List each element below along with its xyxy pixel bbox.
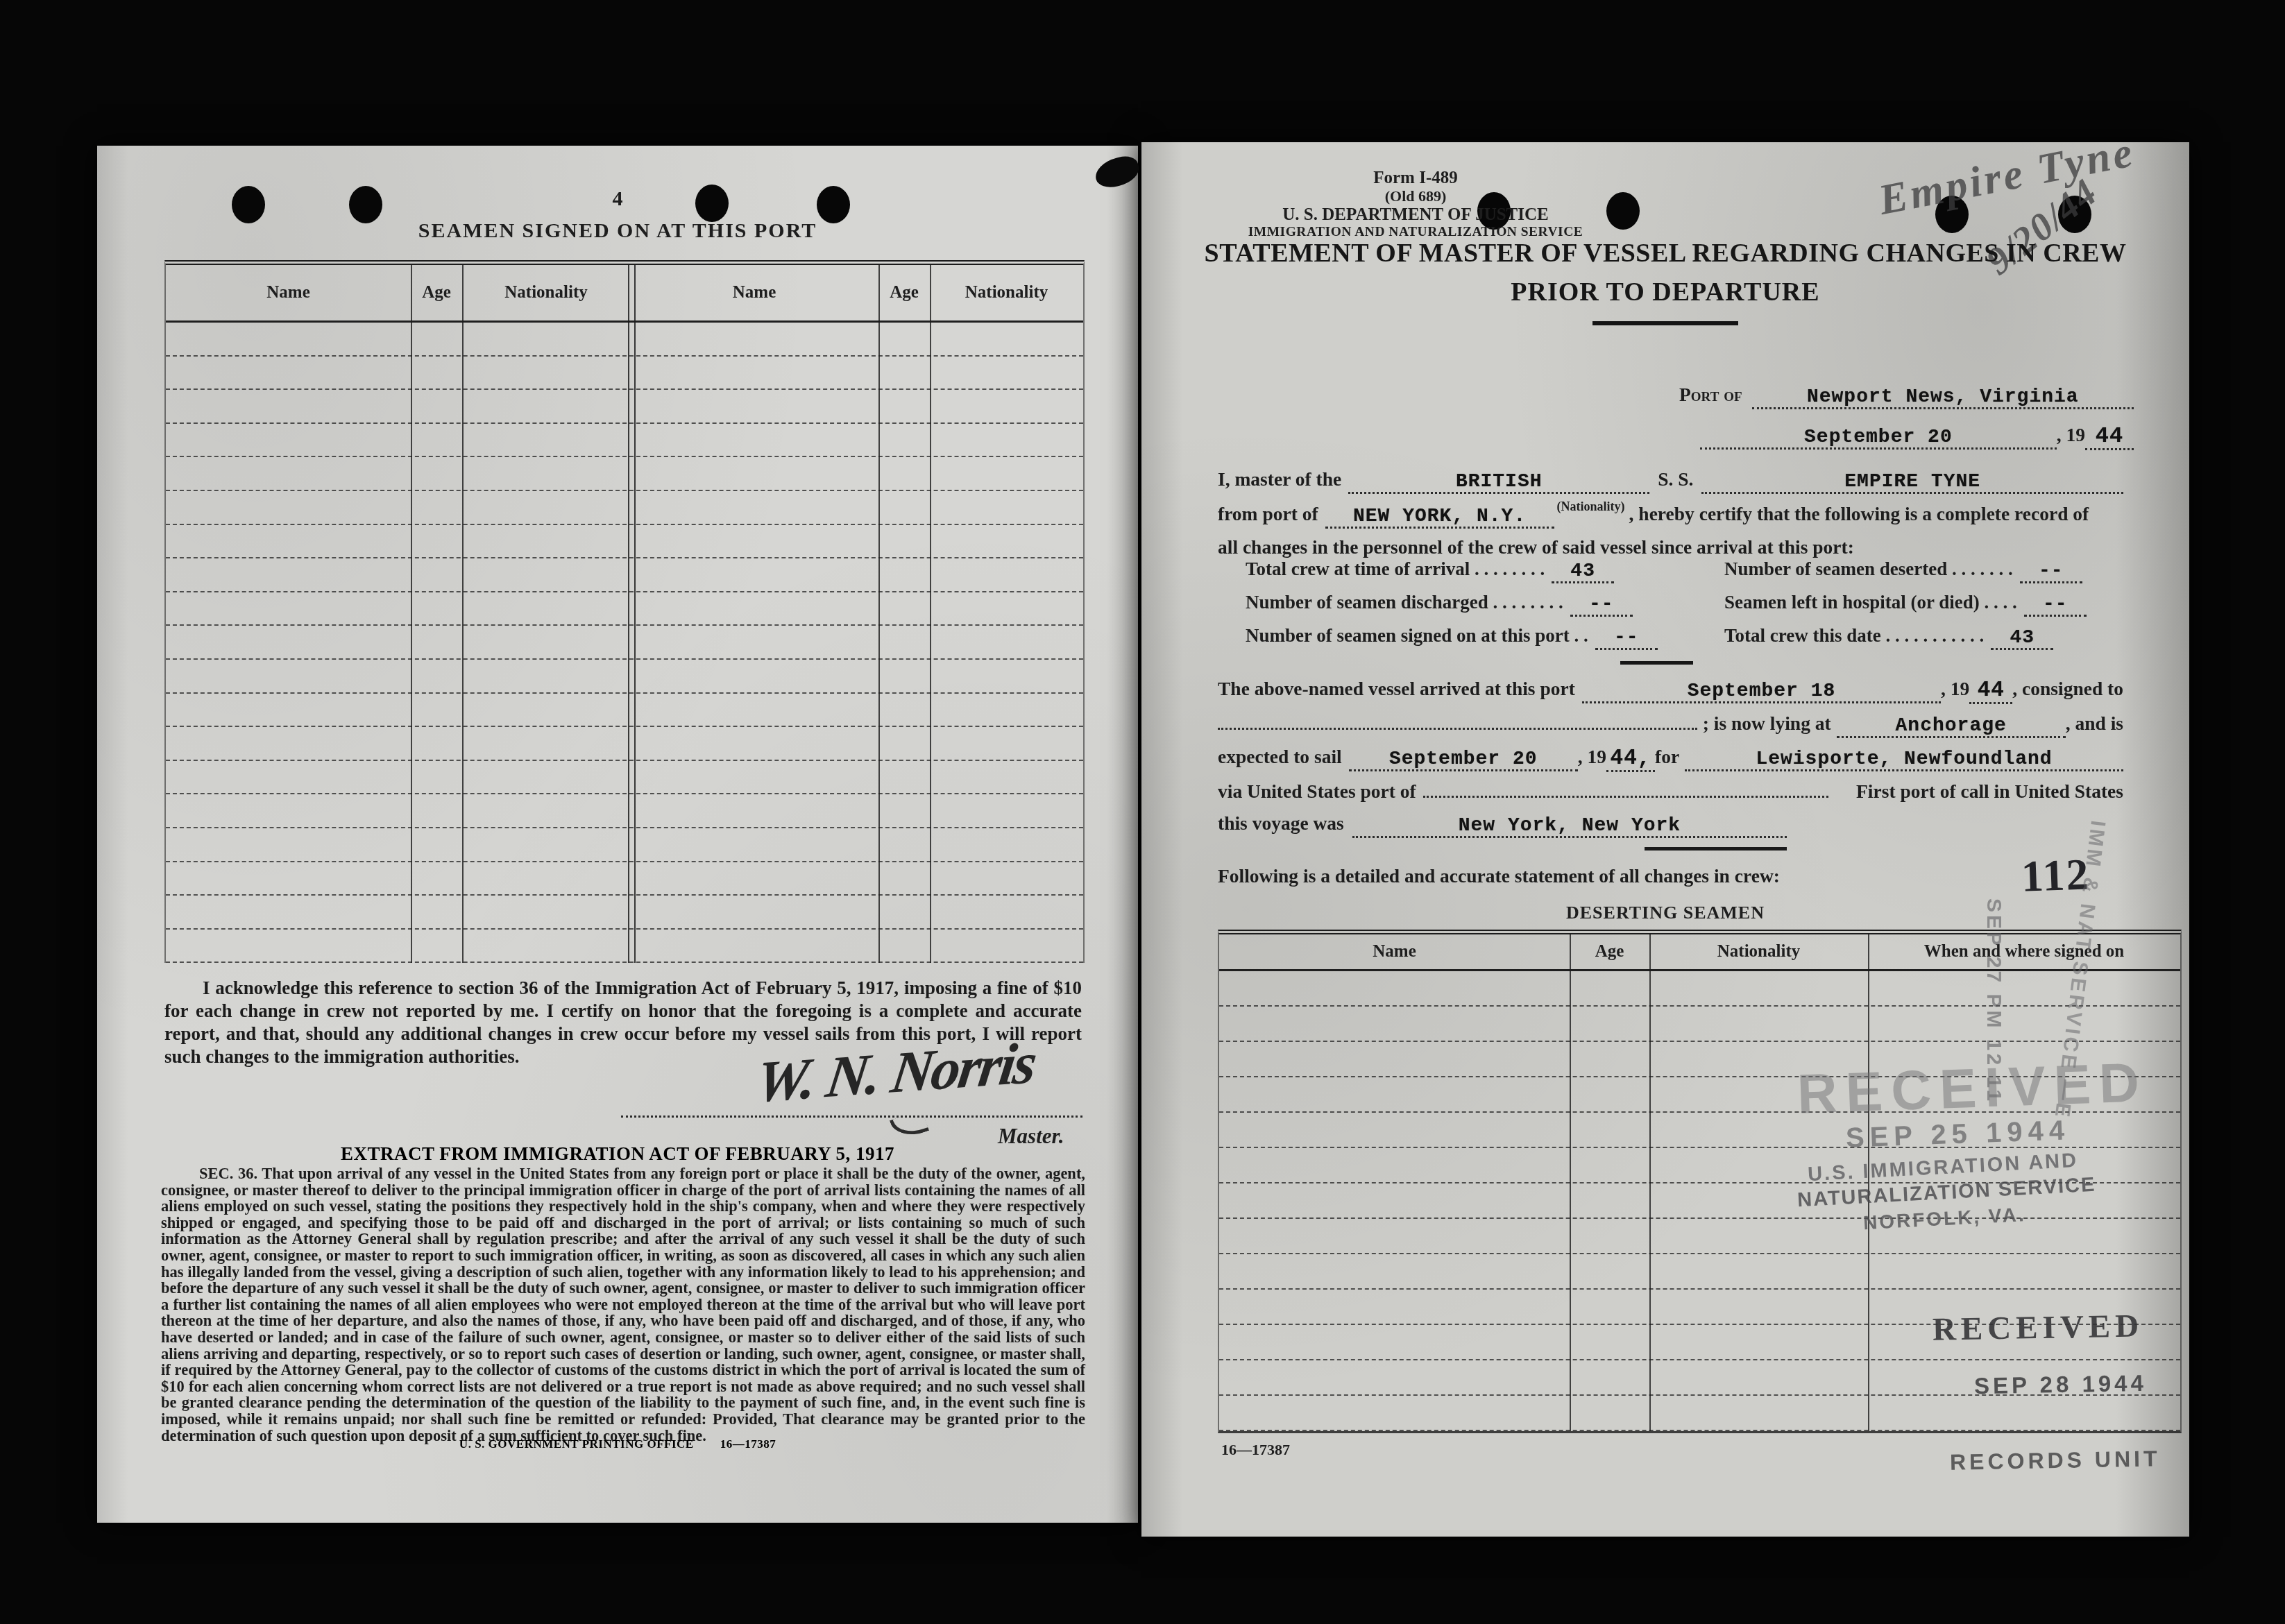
- column-header-name: Name: [1219, 942, 1570, 961]
- destination-field: Lewisporte, Newfoundland: [1685, 746, 2123, 771]
- via-port-field: [1423, 796, 1828, 798]
- form-id: Form I-489: [1207, 169, 1624, 188]
- arrived-line: The above-named vessel arrived at this p…: [1218, 678, 2123, 704]
- column-header-name: Name: [166, 283, 411, 302]
- table-header-row: Name Age Nationality When and where sign…: [1219, 934, 2180, 971]
- received-stamp-faint: RECEIVED: [1796, 1050, 2149, 1127]
- form-number: 16—17387: [720, 1437, 776, 1451]
- printing-office-line: U. S. GOVERNMENT PRINTING OFFICE16—17387: [97, 1437, 1138, 1451]
- page-number: 4: [97, 187, 1138, 211]
- sail-line: expected to sail September 20 , 19 44, f…: [1218, 746, 2123, 772]
- extract-heading: EXTRACT FROM IMMIGRATION ACT OF FEBRUARY…: [97, 1143, 1138, 1165]
- table-row: [166, 828, 1083, 862]
- table-row: [166, 592, 1083, 626]
- table-row: [166, 558, 1083, 592]
- table-row: [1219, 1219, 2180, 1254]
- department-name: U. S. DEPARTMENT OF JUSTICE: [1207, 205, 1624, 225]
- column-header-age: Age: [1570, 942, 1649, 961]
- handwritten-vessel-name: Empire Tyne: [1875, 128, 2139, 225]
- stat-discharged: Number of seamen discharged . . . . . . …: [1246, 592, 1704, 625]
- table-row: [166, 626, 1083, 660]
- stat-total-arrival: Total crew at time of arrival . . . . . …: [1246, 558, 1704, 592]
- consignee-field: [1218, 728, 1697, 730]
- date-line: September 20 , 19 44: [1700, 422, 2134, 450]
- table-row: [1219, 1007, 2180, 1042]
- section-divider: [1645, 847, 1787, 851]
- table-row: [166, 390, 1083, 424]
- table-column-divider: [1570, 934, 1571, 1431]
- table-row: [166, 862, 1083, 896]
- seamen-signed-on-table: Name Age Nationality Name Age Nationalit…: [164, 260, 1085, 963]
- master-line: I, master of the BRITISH S. S. EMPIRE TY…: [1218, 468, 2123, 494]
- lying-line: ; is now lying at Anchorage , and is: [1218, 712, 2123, 738]
- form-number: 16—17387: [1221, 1441, 1290, 1459]
- table-row: [1219, 1396, 2180, 1431]
- voyage-port-field: New York, New York: [1352, 812, 1787, 838]
- arrival-year-field: 44: [1969, 678, 2012, 704]
- table-row: [166, 896, 1083, 930]
- certify-text: , hereby certify that the following is a…: [1629, 503, 2089, 525]
- photograph-background: 4 SEAMEN SIGNED ON AT THIS PORT Name Age…: [0, 0, 2285, 1624]
- table-row: [166, 323, 1083, 357]
- form-title-line2: PRIOR TO DEPARTURE: [1141, 277, 2189, 307]
- table-row: [1219, 971, 2180, 1007]
- table-row: [166, 357, 1083, 391]
- column-header-nationality: Nationality: [462, 283, 630, 302]
- left-page-title: SEAMEN SIGNED ON AT THIS PORT: [97, 219, 1138, 243]
- nationality-field: BRITISH: [1348, 468, 1649, 494]
- certify-line2: all changes in the personnel of the crew…: [1218, 536, 1854, 558]
- table-header-row: Name Age Nationality Name Age Nationalit…: [166, 265, 1083, 323]
- arrival-date-field: September 18: [1582, 678, 1941, 703]
- from-port-field: NEW YORK, N.Y.: [1325, 503, 1554, 529]
- stat-hospital: Seamen left in hospital (or died) . . . …: [1724, 592, 2116, 625]
- divider-stroke: [1620, 661, 1693, 665]
- date-field: September 20: [1700, 424, 2057, 450]
- lying-field: Anchorage: [1837, 712, 2066, 738]
- port-field: Newport News, Virginia: [1752, 384, 2134, 409]
- right-page: Form I-489 (Old 689) U. S. DEPARTMENT OF…: [1141, 142, 2189, 1537]
- port-line: Port of Newport News, Virginia: [1679, 384, 2134, 409]
- printing-office-label: U. S. GOVERNMENT PRINTING OFFICE: [459, 1437, 694, 1451]
- table-column-divider: [1649, 934, 1651, 1431]
- stat-deserted: Number of seamen deserted . . . . . . .-…: [1724, 558, 2116, 592]
- table-column-divider: [930, 265, 931, 963]
- table-column-divider: [411, 265, 412, 963]
- sail-year-field: 44,: [1606, 746, 1655, 772]
- ss-label: S. S.: [1658, 468, 1693, 490]
- table-row: [166, 457, 1083, 491]
- records-unit-stamp: RECORDS UNIT: [1950, 1446, 2161, 1475]
- table-body: [1219, 971, 2180, 1431]
- nationality-note: (Nationality): [1557, 499, 1625, 514]
- table-row: [166, 930, 1083, 964]
- stat-signed-on: Number of seamen signed on at this port …: [1246, 625, 1704, 658]
- column-header-when-signed: When and where signed on: [1868, 942, 2180, 961]
- left-page: 4 SEAMEN SIGNED ON AT THIS PORT Name Age…: [97, 146, 1138, 1523]
- signature-line: [621, 1116, 1082, 1118]
- deserting-seamen-title: DESERTING SEAMEN: [1218, 903, 2113, 923]
- table-body: [166, 323, 1083, 963]
- received-stamp-bottom: RECEIVED: [1933, 1307, 2144, 1348]
- column-header-nationality: Nationality: [1649, 942, 1868, 961]
- from-port-label: from port of: [1218, 503, 1318, 525]
- form-identification-block: Form I-489 (Old 689) U. S. DEPARTMENT OF…: [1207, 169, 1624, 239]
- form-old-id: (Old 689): [1207, 188, 1624, 205]
- table-row: [166, 660, 1083, 694]
- table-center-divider: [628, 265, 636, 963]
- voyage-line: this voyage was New York, New York: [1218, 812, 1787, 838]
- table-column-divider: [878, 265, 880, 963]
- table-row: [166, 491, 1083, 525]
- section-36-text: SEC. 36. That upon arrival of any vessel…: [161, 1165, 1085, 1444]
- table-row: [166, 727, 1083, 761]
- year-field: 44: [2085, 422, 2134, 450]
- year-prefix: , 19: [2057, 424, 2085, 446]
- table-column-divider: [462, 265, 464, 963]
- column-header-name: Name: [630, 283, 878, 302]
- column-header-age: Age: [411, 283, 462, 302]
- from-port-line: from port of NEW YORK, N.Y. (Nationality…: [1218, 503, 2123, 529]
- stat-total-date: Total crew this date . . . . . . . . . .…: [1724, 625, 2116, 658]
- signature-flourish: [890, 1109, 929, 1143]
- via-line: via United States port of First port of …: [1218, 780, 2123, 803]
- table-row: [166, 424, 1083, 458]
- table-row: [166, 525, 1083, 559]
- master-prefix: I, master of the: [1218, 468, 1341, 490]
- table-row: [1219, 1254, 2180, 1290]
- table-row: [166, 794, 1083, 828]
- following-line: Following is a detailed and accurate sta…: [1218, 865, 1780, 887]
- table-row: [166, 761, 1083, 795]
- sail-date-field: September 20: [1349, 746, 1578, 771]
- table-row: [166, 694, 1083, 728]
- form-title-line1: STATEMENT OF MASTER OF VESSEL REGARDING …: [1141, 238, 2189, 268]
- column-header-age: Age: [878, 283, 930, 302]
- received-stamp-bottom-date: SEP 28 1944: [1974, 1370, 2148, 1399]
- title-underline: [1592, 321, 1738, 325]
- port-label: Port of: [1679, 384, 1742, 406]
- vessel-field: EMPIRE TYNE: [1701, 468, 2123, 494]
- column-header-nationality: Nationality: [930, 283, 1083, 302]
- crew-statistics: Total crew at time of arrival . . . . . …: [1246, 558, 2116, 658]
